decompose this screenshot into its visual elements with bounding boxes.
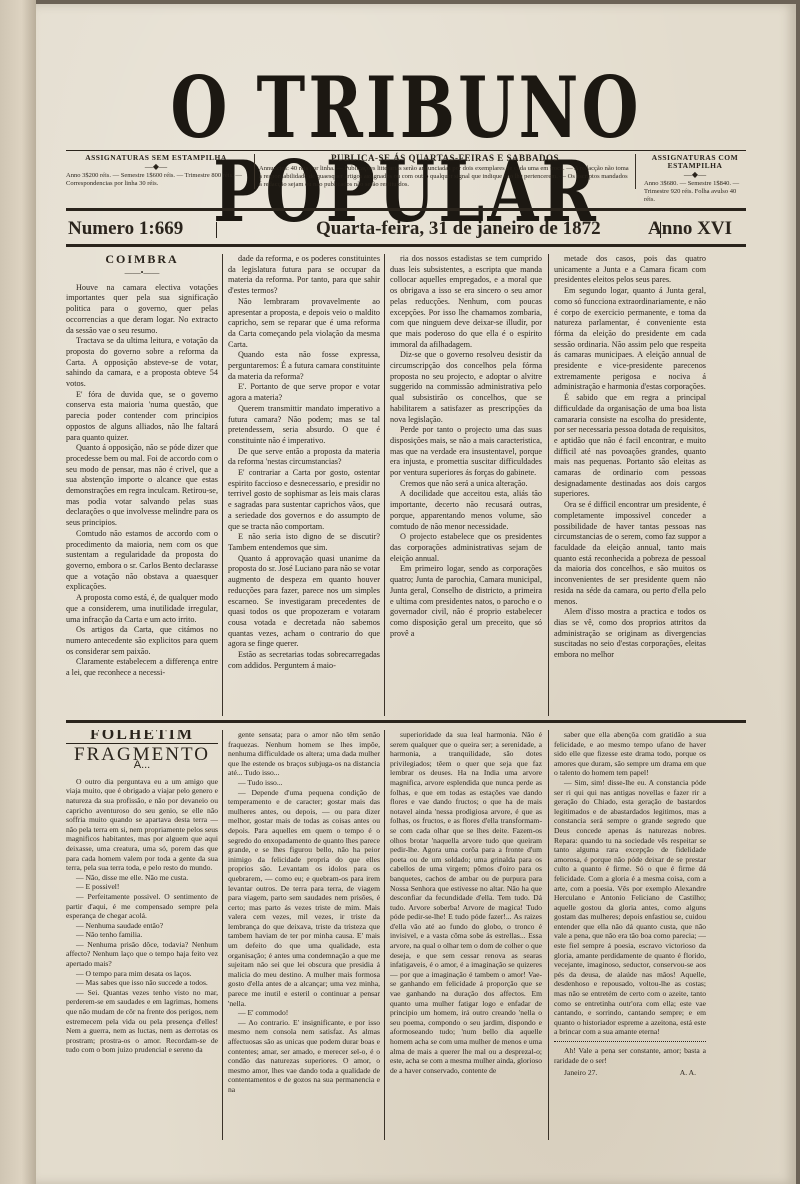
subscriptions-with-stamp: ASSIGNATURAS COM ESTAMPILHA —◆— Anno 3$6… [644,154,746,204]
paragraph: Tractava se da ultima leitura, e votação… [66,336,218,390]
paragraph: Cremos que não será a unica alteração. [390,479,542,490]
paragraph: — Não, disse me elle. Não me custa. [66,873,218,883]
paragraph: E não seria isto digno de se discutir? T… [228,532,380,553]
paragraph: Alem d'isso mostra a practica e todos os… [554,607,706,661]
folhetim-column-2: gente sensata; para o amor não têm senão… [228,730,380,1140]
paragraph: E' fóra de duvida que, se o governo cons… [66,390,218,444]
paragraph: — Nenhuma prisão dôce, todavia? Nenhum a… [66,940,218,969]
paragraph: De que serve então a proposta da materia… [228,447,380,468]
folhetim-title: FRAGMENTO [66,750,218,760]
folhetim-column-4: saber que ella abençôa com gratidão a su… [554,730,706,1150]
paragraph: Quanto á approvação quasi unanime da pro… [228,554,380,650]
column-rule [222,730,223,1140]
publication-info: PUBLICA-SE ÁS QUARTAS-FEIRAS E SABBADOS … [254,154,636,189]
column-rule [548,730,549,1140]
folhetim-date: Janeiro 27. [564,1068,597,1078]
paragraph: — Perfeitamente possivel. O sentimento d… [66,892,218,921]
paragraph: Claramente estabelecem a differença entr… [66,657,218,678]
paragraph: Ora se é difficil encontrar um president… [554,500,706,607]
adjacent-page-strip [0,0,36,1184]
folhetim-column-3: superioridade da sua leal harmonia. Não … [390,730,542,1140]
article-column-2: dade da reforma, e os poderes constituin… [228,254,380,716]
paragraph: superioridade da sua leal harmonia. Não … [390,730,542,1075]
paragraph: E' contrariar a Carta por gosto, ostenta… [228,468,380,532]
column-rule [222,254,223,716]
paragraph: Houve na camara electiva votações import… [66,283,218,337]
paragraph: O projecto estabelece que os presidentes… [390,532,542,564]
article-title: COIMBRA [66,254,218,265]
paragraph: saber que ella abençôa com gratidão a su… [554,730,706,778]
author-signature: A. A. [680,1068,696,1078]
paragraph: Estão as secretarias todas sobrecarregad… [228,650,380,671]
paragraph: Quanto á opposição, não se póde dizer qu… [66,443,218,529]
subscription-header: ASSIGNATURAS SEM ESTAMPILHA —◆— Anno 3$2… [66,154,746,202]
paragraph: — E' commodo! [228,1008,380,1018]
issue-date: Quarta-feira, 31 de janeiro de 1872 [316,218,601,240]
caption: ASSIGNATURAS COM ESTAMPILHA [644,154,746,170]
folhetim-column-1: FOLHETIM FRAGMENTO A... O outro dia perg… [66,730,218,1150]
paragraph: — E possivel! [66,882,218,892]
paragraph: — O tempo para mim desata os laços. [66,969,218,979]
article-column-1: COIMBRA ——•—— Houve na camara electiva v… [66,254,218,716]
paragraph: metade dos casos, pois das quatro unicam… [554,254,706,286]
publication-notes: Annuncios: 40 réis por linha. — Publicaç… [259,165,631,189]
flourish-icon: ——•—— [66,269,218,277]
paragraph: Comtudo não estamos de accordo com o pro… [66,529,218,593]
paragraph: — Sei. Quantas vezes tenho visto no mar,… [66,988,218,1055]
caption: ASSIGNATURAS SEM ESTAMPILHA [66,154,246,162]
dateline-top-rule [66,208,746,211]
issue-number: Numero 1:669 [68,218,183,240]
dateline-bottom-rule [66,244,746,247]
paragraph: — Sim, sim! disse-lhe eu. A constancia p… [554,778,706,1037]
dateline: Numero 1:669 Quarta-feira, 31 de janeiro… [66,214,746,242]
paragraph: dade da reforma, e os poderes constituin… [228,254,380,297]
paragraph: Em segundo logar, quanto á Junta geral, … [554,286,706,393]
caption: PUBLICA-SE ÁS QUARTAS-FEIRAS E SABBADOS [259,154,631,162]
separator [216,222,217,238]
ornament-icon: —◆— [66,163,246,171]
signature-line: Janeiro 27. A. A. [554,1068,706,1078]
paragraph: É sabido que em regra a principal diffic… [554,393,706,500]
article-column-4: metade dos casos, pois das quatro unicam… [554,254,706,716]
paragraph: — Ao contrario. E' insignificante, e por… [228,1018,380,1095]
subscription-prices: Anno 3$200 réis. — Semestre 1$600 réis. … [66,172,246,188]
subscriptions-without-stamp: ASSIGNATURAS SEM ESTAMPILHA —◆— Anno 3$2… [66,154,246,188]
paragraph: Em primeiro logar, sendo as corporações … [390,564,542,639]
paragraph: Quando esta não fosse expressa, pergunta… [228,350,380,382]
paragraph: O outro dia perguntava eu a um amigo que… [66,777,218,873]
paragraph: A docilidade que acceitou esta, aliás tã… [390,489,542,532]
column-rule [548,254,549,716]
article-column-3: ria dos nossos estadistas se tem cumprid… [390,254,542,716]
volume-year: Anno XVI [648,218,732,240]
folhetim-divider [66,720,746,723]
paragraph: gente sensata; para o amor não têm senão… [228,730,380,778]
paragraph: Querem transmittir mandato imperativo a … [228,404,380,447]
column-rule [384,254,385,716]
paragraph: ria dos nossos estadistas se tem cumprid… [390,254,542,350]
paragraph: Diz-se que o governo resolveu desistir d… [390,350,542,425]
paragraph: — Não tenho familia. [66,930,218,940]
paragraph: — Tudo isso... [228,778,380,788]
paragraph: — Nenhuma saudade então? [66,921,218,931]
subscription-prices: Anno 3$680. — Semestre 1$840. — Trimestr… [644,180,746,204]
paragraph: — Mas sabes que isso não succede a todos… [66,978,218,988]
newspaper-page: O TRIBUNO POPULAR ASSIGNATURAS SEM ESTAM… [36,4,796,1184]
column-rule [384,730,385,1140]
ornament-icon: —◆— [644,171,746,179]
paragraph: Perde por tanto o projecto uma das suas … [390,425,542,479]
dotted-separator [554,1041,706,1042]
paragraph: Não lembraram provavelmente ao apresenta… [228,297,380,351]
paragraph: — Depende d'uma pequena condição de temp… [228,788,380,1009]
masthead-rule [66,150,746,151]
paragraph: Os artigos da Carta, que citámos no nume… [66,625,218,657]
paragraph: A proposta como está, é, de qualquer mod… [66,593,218,625]
closing-line: Ah! Vale a pena ser constante, amor; bas… [554,1046,706,1065]
folhetim-header: FOLHETIM [66,730,218,744]
paragraph: E'. Portanto de que serve propor e votar… [228,382,380,403]
